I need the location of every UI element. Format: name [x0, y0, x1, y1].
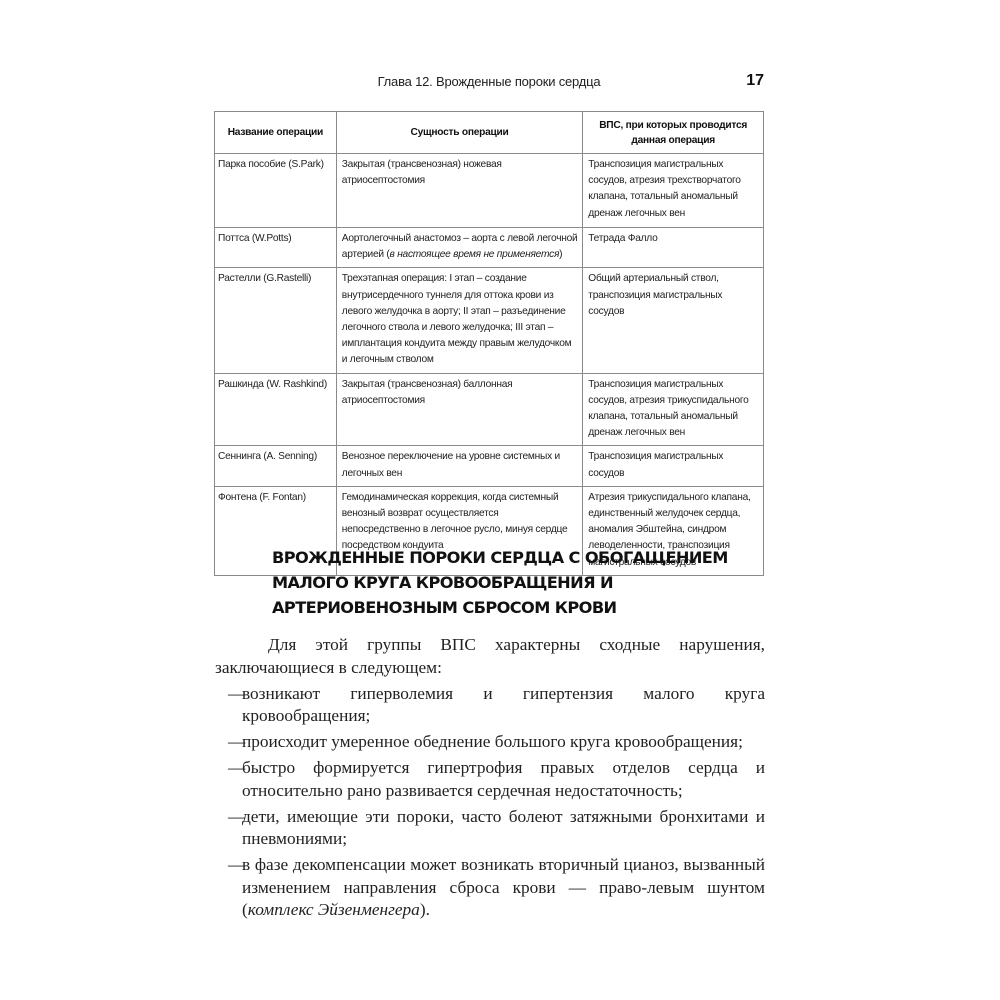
operations-table: Название операции Сущность операции ВПС,… [214, 111, 764, 576]
operation-name: Растелли (G.Rastelli) [215, 268, 337, 373]
section-heading: Врожденные пороки сердца с обогащением м… [272, 545, 792, 620]
operation-defects: Транспозиция магистральных сосудов, атре… [583, 154, 764, 228]
operation-defects: Тетрада Фалло [583, 228, 764, 268]
operation-defects: Общий артериальный ствол, транспозиция м… [583, 268, 764, 373]
essence-text: Закрытая (трансвенозная) баллонная атрио… [342, 379, 513, 406]
list-item: —дети, имеющие эти пороки, часто болеют … [215, 806, 765, 851]
table-row: Парка пособие (S.Park) Закрытая (трансве… [215, 154, 764, 228]
operation-essence: Венозное переключение на уровне системны… [336, 446, 583, 486]
essence-tail: ) [559, 249, 562, 260]
list-item-text: дети, имеющие эти пороки, часто болеют з… [242, 807, 765, 849]
table-row: Сеннинга (A. Senning) Венозное переключе… [215, 446, 764, 486]
dash-bullet: — [228, 757, 245, 780]
operation-name: Парка пособие (S.Park) [215, 154, 337, 228]
dash-bullet: — [228, 731, 245, 754]
intro-paragraph: Для этой группы ВПС характерны сходные н… [215, 634, 765, 679]
operation-name: Рашкинда (W. Rashkind) [215, 373, 337, 446]
dash-bullet: — [228, 854, 245, 877]
dash-bullet: — [228, 683, 245, 706]
essence-text: Венозное переключение на уровне системны… [342, 451, 560, 478]
operation-essence: Аортолегочный анастомоз – аорта с левой … [336, 228, 583, 268]
table-row: Растелли (G.Rastelli) Трехэтапная операц… [215, 268, 764, 373]
operation-name: Поттса (W.Potts) [215, 228, 337, 268]
list-item: —возникают гиперволемия и гипертензия ма… [215, 683, 765, 728]
header-defects: ВПС, при которых проводится данная опера… [583, 112, 764, 154]
operation-essence: Закрытая (трансвенозная) баллонная атрио… [336, 373, 583, 446]
header-operation-essence: Сущность операции [336, 112, 583, 154]
table-header-row: Название операции Сущность операции ВПС,… [215, 112, 764, 154]
dash-bullet: — [228, 806, 245, 829]
list-item: —происходит умеренное обеднение большого… [215, 731, 765, 754]
operation-defects: Транспозиция магистральных сосудов, атре… [583, 373, 764, 446]
list-item: —быстро формируется гипертрофия правых о… [215, 757, 765, 802]
list-item-text: быстро формируется гипертрофия правых от… [242, 758, 765, 800]
header-operation-name: Название операции [215, 112, 337, 154]
symptom-list: —возникают гиперволемия и гипертензия ма… [215, 683, 765, 923]
list-item: —в фазе декомпенсации может возникать вт… [215, 854, 765, 922]
eisenmenger-term: комплекс Эйзенменгера [248, 900, 420, 919]
chapter-title: Глава 12. Врожденные пороки сердца [214, 74, 764, 89]
page-number: 17 [746, 72, 764, 90]
list-item-text: происходит умеренное обеднение большого … [242, 732, 743, 751]
list-item-tail: ). [420, 900, 430, 919]
operation-essence: Трехэтапная операция: I этап – создание … [336, 268, 583, 373]
list-item-text: возникают гиперволемия и гипертензия мал… [242, 684, 765, 726]
operation-essence: Закрытая (трансвенозная) ножевая атриосе… [336, 154, 583, 228]
essence-text: Гемодинамическая коррекция, когда систем… [342, 492, 568, 552]
book-page: Глава 12. Врожденные пороки сердца 17 На… [0, 0, 1000, 1000]
table-row: Рашкинда (W. Rashkind) Закрытая (трансве… [215, 373, 764, 446]
table-row: Поттса (W.Potts) Аортолегочный анастомоз… [215, 228, 764, 268]
operation-name: Сеннинга (A. Senning) [215, 446, 337, 486]
essence-text: Закрытая (трансвенозная) ножевая атриосе… [342, 159, 502, 186]
running-head: Глава 12. Врожденные пороки сердца 17 [214, 72, 764, 92]
section-body: Для этой группы ВПС характерны сходные н… [215, 634, 765, 922]
essence-text: Трехэтапная операция: I этап – создание … [342, 273, 572, 365]
essence-note: в настоящее время не применяется [390, 249, 560, 260]
operation-defects: Транспозиция магистральных сосудов [583, 446, 764, 486]
